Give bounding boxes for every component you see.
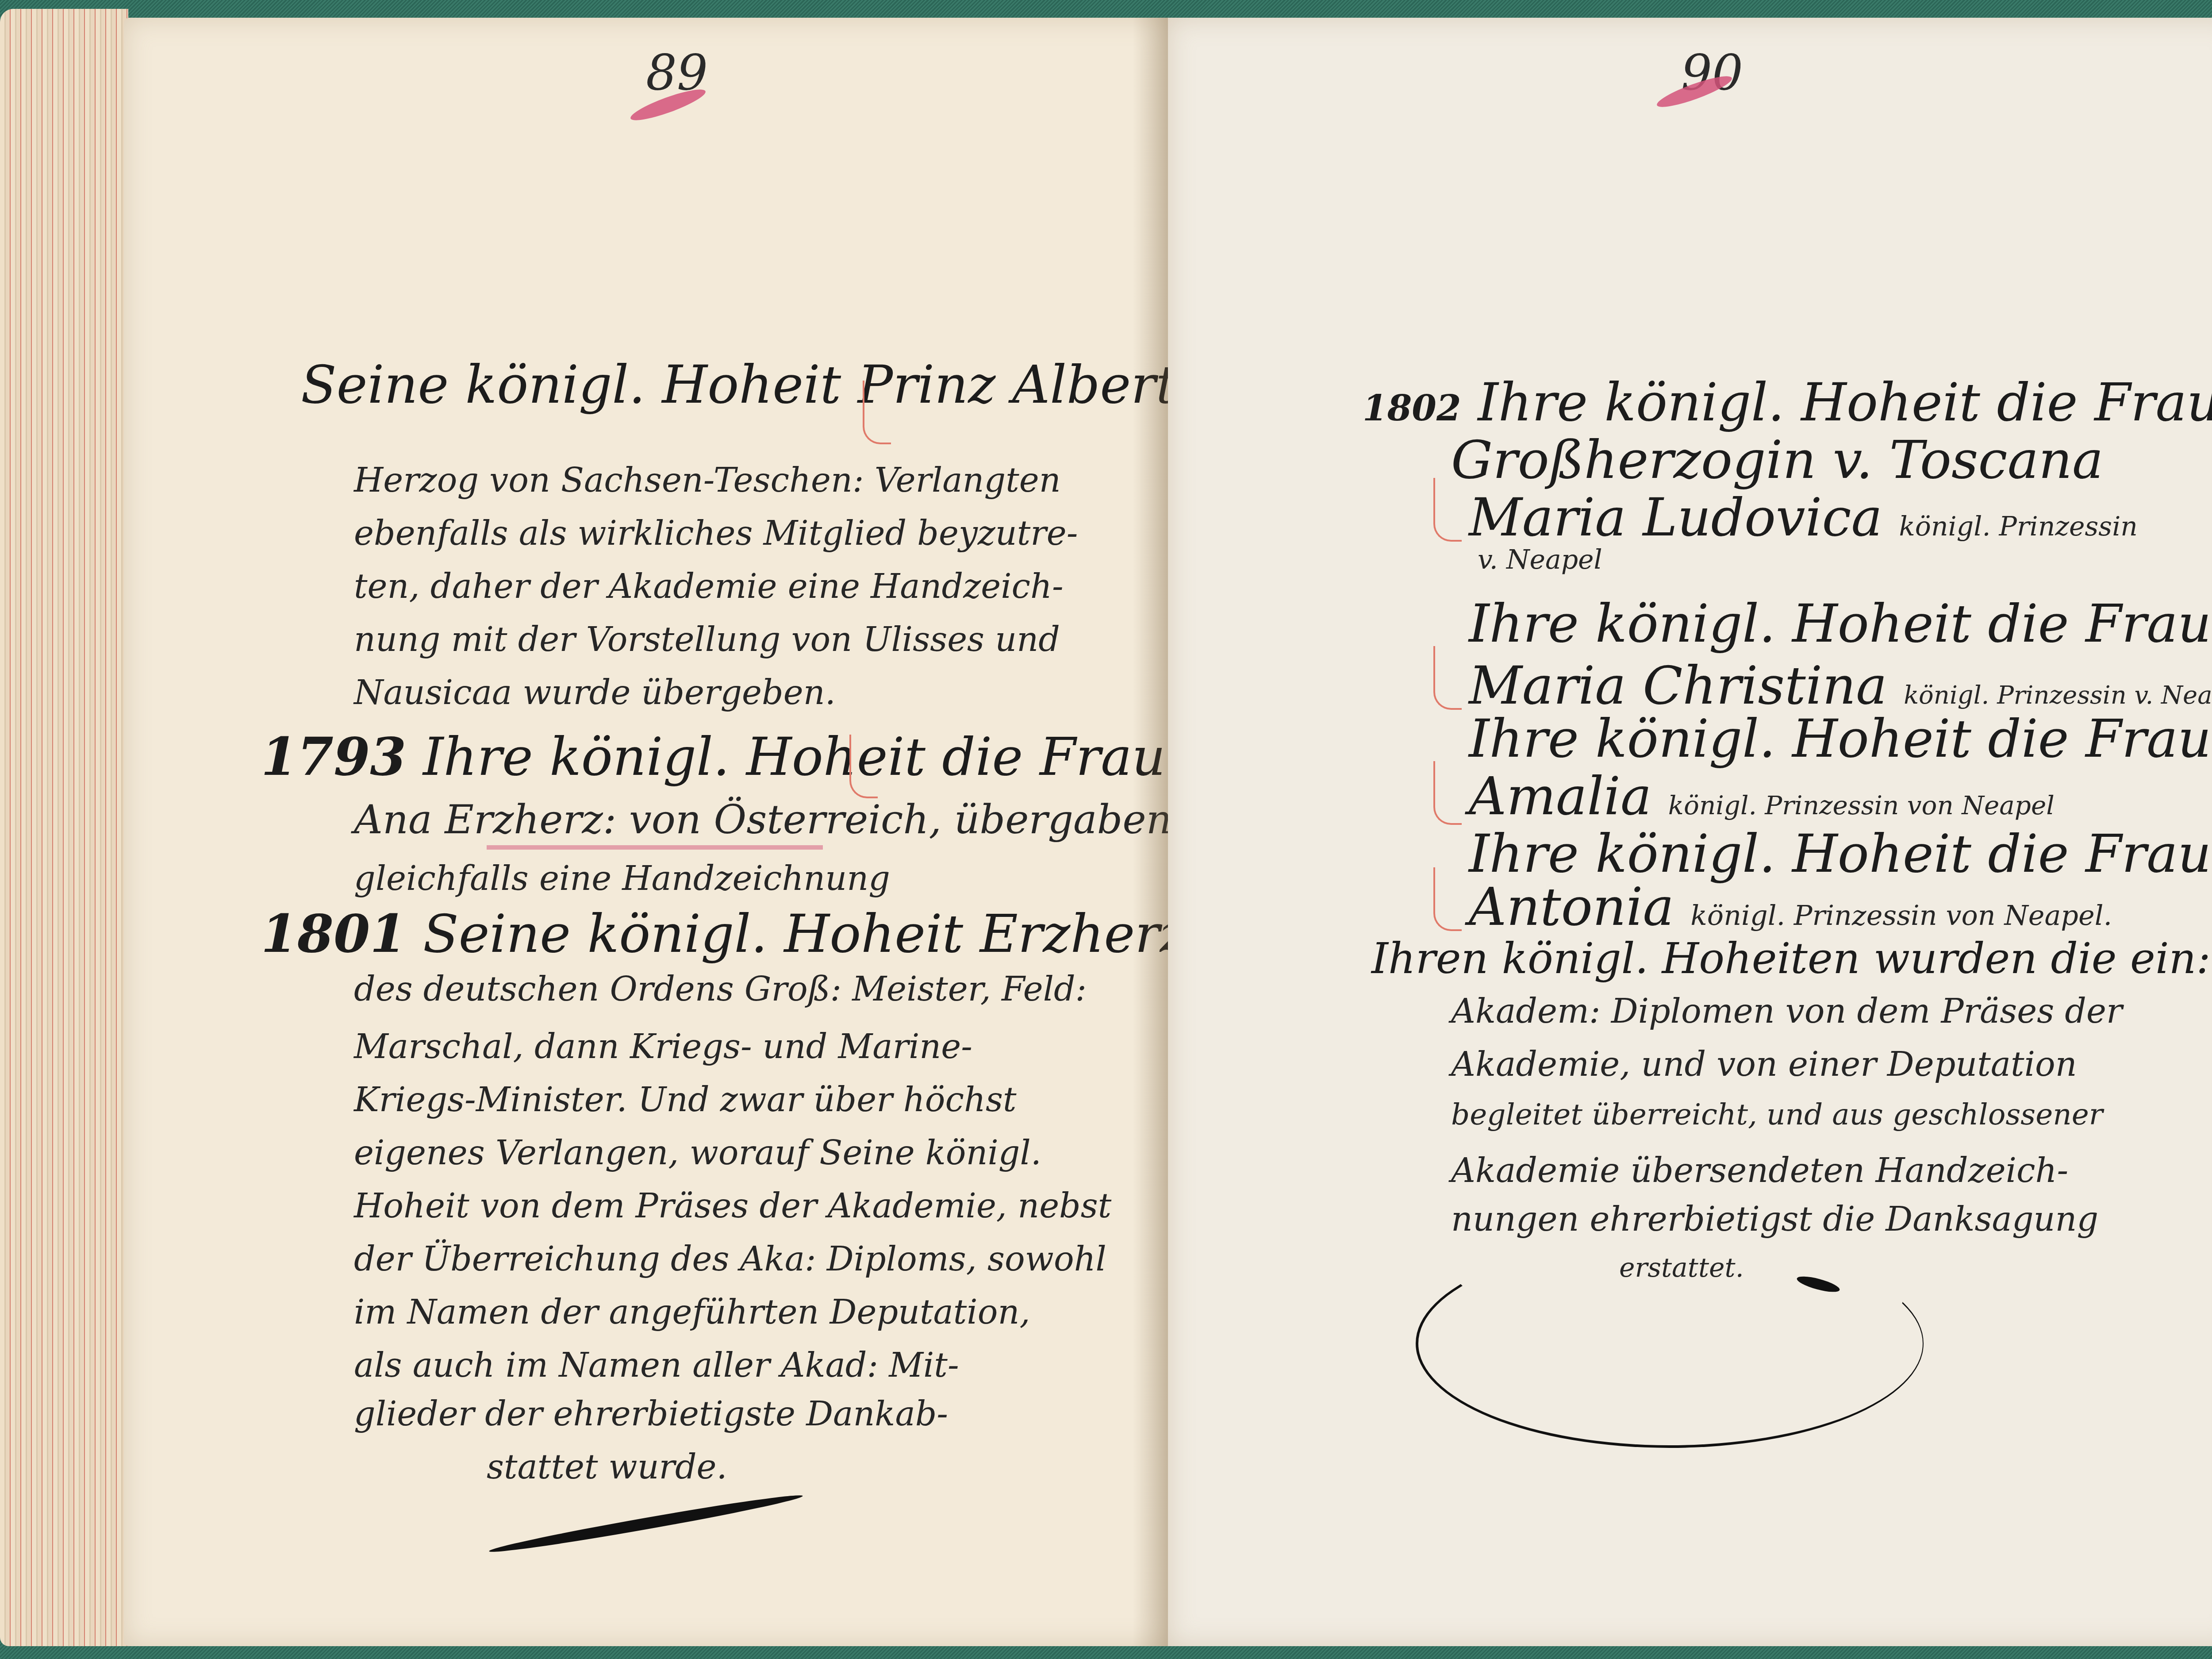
text-line: stattet wurde. <box>487 1447 727 1486</box>
entry-year: 1801 <box>261 903 406 964</box>
red-underline <box>487 845 823 850</box>
text-line: ebenfalls als wirkliches Mitglied beyzut… <box>354 513 1078 553</box>
text-line: nung mit der Vorstellung von Ulisses und <box>354 620 1060 659</box>
red-bracket-mark <box>849 735 878 798</box>
entry-line: Antonia königl. Prinzessin von Neapel. <box>1469 876 2112 937</box>
text-line: eigenes Verlangen, worauf Seine königl. <box>354 1133 1041 1172</box>
text-line: Kriegs-Minister. Und zwar über höchst <box>354 1080 1016 1119</box>
red-bracket-mark <box>1433 646 1462 710</box>
text-line: Akadem: Diplomen von dem Präses der <box>1451 991 2122 1031</box>
red-bracket-mark <box>1433 867 1462 931</box>
red-bracket-mark <box>1433 761 1462 825</box>
text-line: v. Neapel <box>1478 544 1602 575</box>
heading-line: Ihre königl. Hoheit die Frau Maria <box>1469 823 2212 884</box>
text-line: Nausicaa wurde übergeben. <box>354 673 836 712</box>
text-line: des deutschen Ordens Groß: Meister, Feld… <box>354 969 1087 1008</box>
red-bracket-mark <box>863 381 891 444</box>
heading-line: Ihre königl. Hoheit die Frau <box>1469 593 2212 654</box>
text-line: nungen ehrerbietigst die Danksagung <box>1451 1199 2098 1239</box>
text-line: im Namen der angeführten Deputation, <box>354 1292 1030 1332</box>
right-page: 90 1802 Ihre königl. Hoheit die Frau Gro… <box>1168 18 2212 1646</box>
entry-line: Amalia königl. Prinzessin von Neapel <box>1469 766 2055 827</box>
text-line: Marschal, dann Kriegs- und Marine- <box>354 1027 972 1066</box>
entry-title: königl. Prinzessin <box>1899 511 2137 542</box>
text-line: Herzog von Sachsen-Teschen: Verlangten <box>354 460 1061 500</box>
entry-title: königl. Prinzessin v. Neapel <box>1904 681 2212 710</box>
entry-name: Maria Ludovica <box>1469 487 1882 548</box>
ink-flourish <box>488 1490 804 1557</box>
heading-line: Ihren königl. Hoheiten wurden die ein: <box>1371 934 2211 983</box>
ink-oval-flourish <box>1416 1239 1924 1448</box>
heading-line: Ihre königl. Hoheit die Frau Maria <box>1469 708 2212 769</box>
text-line: der Überreichung des Aka: Diploms, sowoh… <box>354 1239 1106 1278</box>
entry-year: 1793 <box>261 726 406 787</box>
left-page-edges <box>0 9 128 1646</box>
heading-line: Seine königl. Hoheit Prinz Albert <box>301 354 1177 415</box>
red-bracket-mark <box>1433 478 1462 542</box>
entry-name: Antonia <box>1469 876 1674 937</box>
text-line: Hoheit von dem Präses der Akademie, nebs… <box>354 1186 1111 1225</box>
entry-name: Amalia <box>1469 766 1651 827</box>
text-line: Akademie übersendeten Handzeich- <box>1451 1151 2068 1190</box>
text-line: gleichfalls eine Handzeichnung <box>354 858 890 898</box>
entry-line: Maria Christina königl. Prinzessin v. Ne… <box>1469 655 2212 716</box>
heading-line: Großherzogin v. Toscana <box>1451 429 2103 490</box>
text-line: glieder der ehrerbietigste Dankab- <box>354 1394 948 1433</box>
left-page: 89 Seine königl. Hoheit Prinz Albert Her… <box>124 18 1168 1646</box>
text-line: als auch im Namen aller Akad: Mit- <box>354 1345 959 1385</box>
entry-year: 1802 <box>1363 387 1461 429</box>
entry-title: königl. Prinzessin von Neapel. <box>1690 899 2112 932</box>
entry-name: Maria Christina <box>1469 655 1887 716</box>
entry-line: 1802 Ihre königl. Hoheit die Frau <box>1363 372 2212 433</box>
text-line: ten, daher der Akademie eine Handzeich- <box>354 566 1064 606</box>
text-line: Akademie, und von einer Deputation <box>1451 1044 2077 1084</box>
entry-title: königl. Prinzessin von Neapel <box>1668 790 2055 820</box>
text-line: Ana Erzherz: von Österreich, übergaben <box>354 797 1172 843</box>
entry-line: Maria Ludovica königl. Prinzessin <box>1469 487 2138 548</box>
entry-text: Ihre königl. Hoheit die Frau <box>1478 372 2212 433</box>
text-line: begleitet überreicht, und aus geschlosse… <box>1451 1097 2103 1132</box>
